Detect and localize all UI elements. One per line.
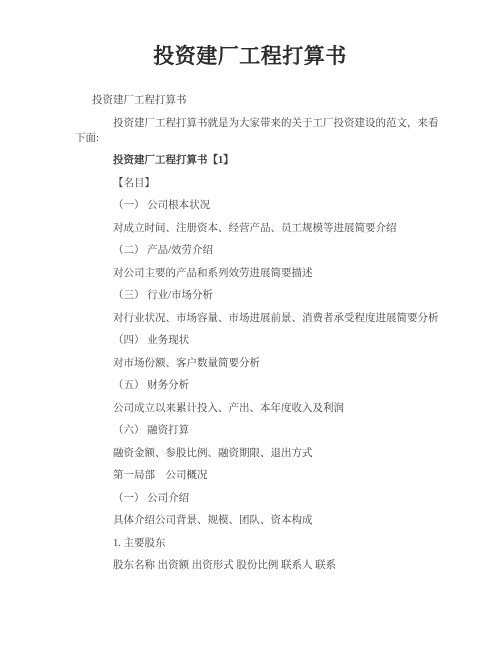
toc-section-1: （一） 公司根本状况 [75,198,445,213]
toc-section-4-desc: 对市场份额、客户数量简要分析 [75,356,445,371]
doc-subtitle: 投资建厂工程打算书 [75,93,445,108]
toc-section-2: （二） 产品/效劳介绍 [75,243,445,258]
toc-section-2-desc: 对公司主要的产品和系列效劳进展简要描述 [75,266,445,281]
toc-section-5-desc: 公司成立以来累计投入、产出、本年度收入及利润 [75,401,445,416]
shareholder-table-header: 股东名称 出资额 出资形式 股份比例 联系人 联系 [75,558,445,573]
toc-section-3: （三） 行业/市场分析 [75,288,445,303]
intro-paragraph: 投资建厂工程打算书就是为大家带来的关于工厂投资建设的范文，来看下面: [75,116,445,146]
document-body: 投资建厂工程打算书 投资建厂工程打算书就是为大家带来的关于工厂投资建设的范文，来… [0,68,500,573]
document-page: 投资建厂工程打算书 投资建厂工程打算书 投资建厂工程打算书就是为大家带来的关于工… [0,0,500,647]
toc-section-6-desc: 融资金额、参股比例、融资期限、退出方式 [75,446,445,461]
doc-version-heading: 投资建厂工程打算书【1】 [75,153,445,168]
part-1-heading: 第一局部 公司概况 [75,468,445,483]
page-title: 投资建厂工程打算书 [0,0,500,68]
part-1-section-1: （一） 公司介绍 [75,491,445,506]
toc-section-6: （六） 融资打算 [75,423,445,438]
catalog-heading: 【名目】 [75,176,445,191]
toc-section-3-desc: 对行业状况、市场容量、市场进展前景、消费者承受程度进展简要分析 [75,311,445,326]
toc-section-5: （五） 财务分析 [75,378,445,393]
part-1-section-1-desc: 具体介绍公司背景、规模、团队、资本构成 [75,513,445,528]
toc-section-1-desc: 对成立时间、注册资本、经营产品、员工规模等进展简要介绍 [75,221,445,236]
list-item-main-shareholders: 1. 主要股东 [75,536,445,551]
toc-section-4: （四） 业务现状 [75,333,445,348]
